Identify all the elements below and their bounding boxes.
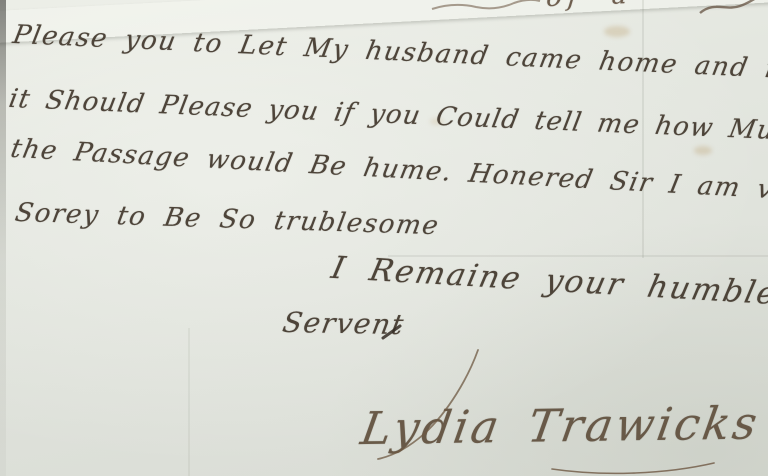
signature-underline-flourish <box>552 463 714 473</box>
closing-word-servent: Servent <box>280 306 407 341</box>
letter-page: of a Please you to Let My husband came h… <box>0 0 768 476</box>
closing-line: I Remaine your humble <box>328 250 768 312</box>
letter-line-4: Sorey to Be So trublesome <box>13 198 442 241</box>
foxing-spot <box>604 26 630 37</box>
letter-line-1: Please you to Let My husband came home a… <box>10 20 768 85</box>
signature: Lydia Trawicks <box>357 396 763 455</box>
foxing-spot <box>694 146 712 155</box>
letter-line-2: it Should Please you if you Could tell m… <box>7 84 768 147</box>
paper-edge-left <box>0 0 6 476</box>
crease-vertical-bottom <box>188 328 190 476</box>
letter-line-3: the Passage would Be hume. Honered Sir I… <box>8 134 768 208</box>
top-edge-text-fragment: of a <box>545 0 635 13</box>
